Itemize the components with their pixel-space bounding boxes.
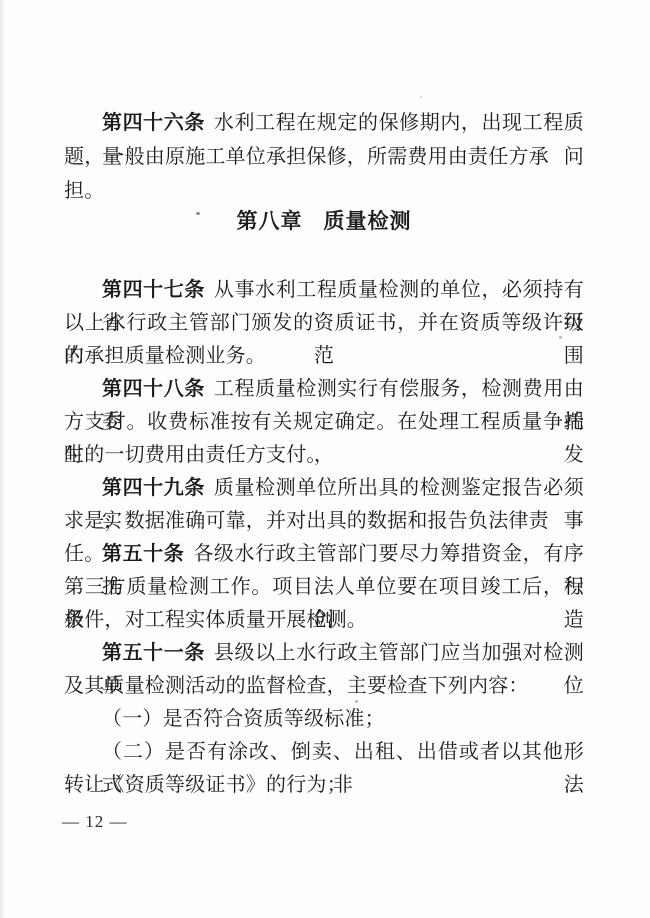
document-line: 及其质量检测活动的监督检查，主要检查下列内容： (64, 670, 584, 703)
line-text: 及其质量检测活动的监督检查，主要检查下列内容： (64, 675, 529, 697)
document-line: 第五十一条县级以上水行政主管部门应当加强对检测单位 (64, 637, 584, 670)
line-text: （一）是否符合资质等级标准； (102, 708, 385, 730)
line-text: 内承担质量检测业务。 (64, 345, 266, 367)
article-46-paragraph: 第四十六条水利工程在规定的保修期内，出现工程质量问 题，一般由原施工单位承担保修… (64, 106, 584, 174)
document-line: 题，一般由原施工单位承担保修，所需费用由责任方承担。 (64, 140, 584, 174)
article-number: 第五十一条 (102, 642, 205, 664)
line-text: 条件，对工程实体质量开展检测。 (64, 609, 367, 631)
document-line: 第四十六条水利工程在规定的保修期内，出现工程质量问 (64, 106, 584, 140)
article-number: 第四十六条 (102, 112, 205, 134)
document-line: 方支付。收费标准按有关规定确定。在处理工程质量争端时，发 (64, 406, 584, 439)
article-number: 第四十九条 (102, 477, 205, 499)
document-line: 第四十七条从事水利工程质量检测的单位，必须持有省级 (64, 274, 584, 307)
document-page: 第四十六条水利工程在规定的保修期内，出现工程质量问 题，一般由原施工单位承担保修… (0, 0, 650, 918)
document-line: 以上水行政主管部门颁发的资质证书，并在资质等级许可的范围 (64, 307, 584, 340)
chapter-number: 第八章 (237, 210, 303, 233)
document-line: 第五十条各级水行政主管部门要尽力筹措资金，有序推行 (64, 538, 584, 571)
page-number: — 12 — (62, 812, 128, 832)
document-line: 第三方质量检测工作。项目法人单位要在项目竣工后，积极创造 (64, 571, 584, 604)
line-text: 题，一般由原施工单位承担保修，所需费用由责任方承担。 (64, 146, 549, 202)
page-body: 第四十六条水利工程在规定的保修期内，出现工程质量问 题，一般由原施工单位承担保修… (64, 106, 584, 802)
line-text: 转让《资质等级证书》的行为； (64, 774, 347, 796)
article-number: 第四十七条 (102, 279, 205, 301)
list-item-line: （二）是否有涂改、倒卖、出租、出借或者以其他形式非法 (64, 736, 584, 769)
chapter-heading: 第八章质量检测 (64, 205, 584, 239)
chapter-body: 第四十七条从事水利工程质量检测的单位，必须持有省级 以上水行政主管部门颁发的资质… (64, 274, 584, 802)
line-text: 生的一切费用由责任方支付。 (64, 444, 327, 466)
chapter-title: 质量检测 (324, 210, 412, 233)
article-number: 第四十八条 (102, 378, 205, 400)
list-item-line: （一）是否符合资质等级标准； (64, 703, 584, 736)
document-line: 第四十八条工程质量检测实行有偿服务，检测费用由委托 (64, 373, 584, 406)
scan-speck (420, 96, 422, 98)
document-line: 第四十九条质量检测单位所出具的检测鉴定报告必须实事 (64, 472, 584, 505)
article-number: 第五十条 (102, 543, 184, 565)
document-line: 求是，数据准确可靠，并对出具的数据和报告负法律责任。 (64, 505, 584, 538)
